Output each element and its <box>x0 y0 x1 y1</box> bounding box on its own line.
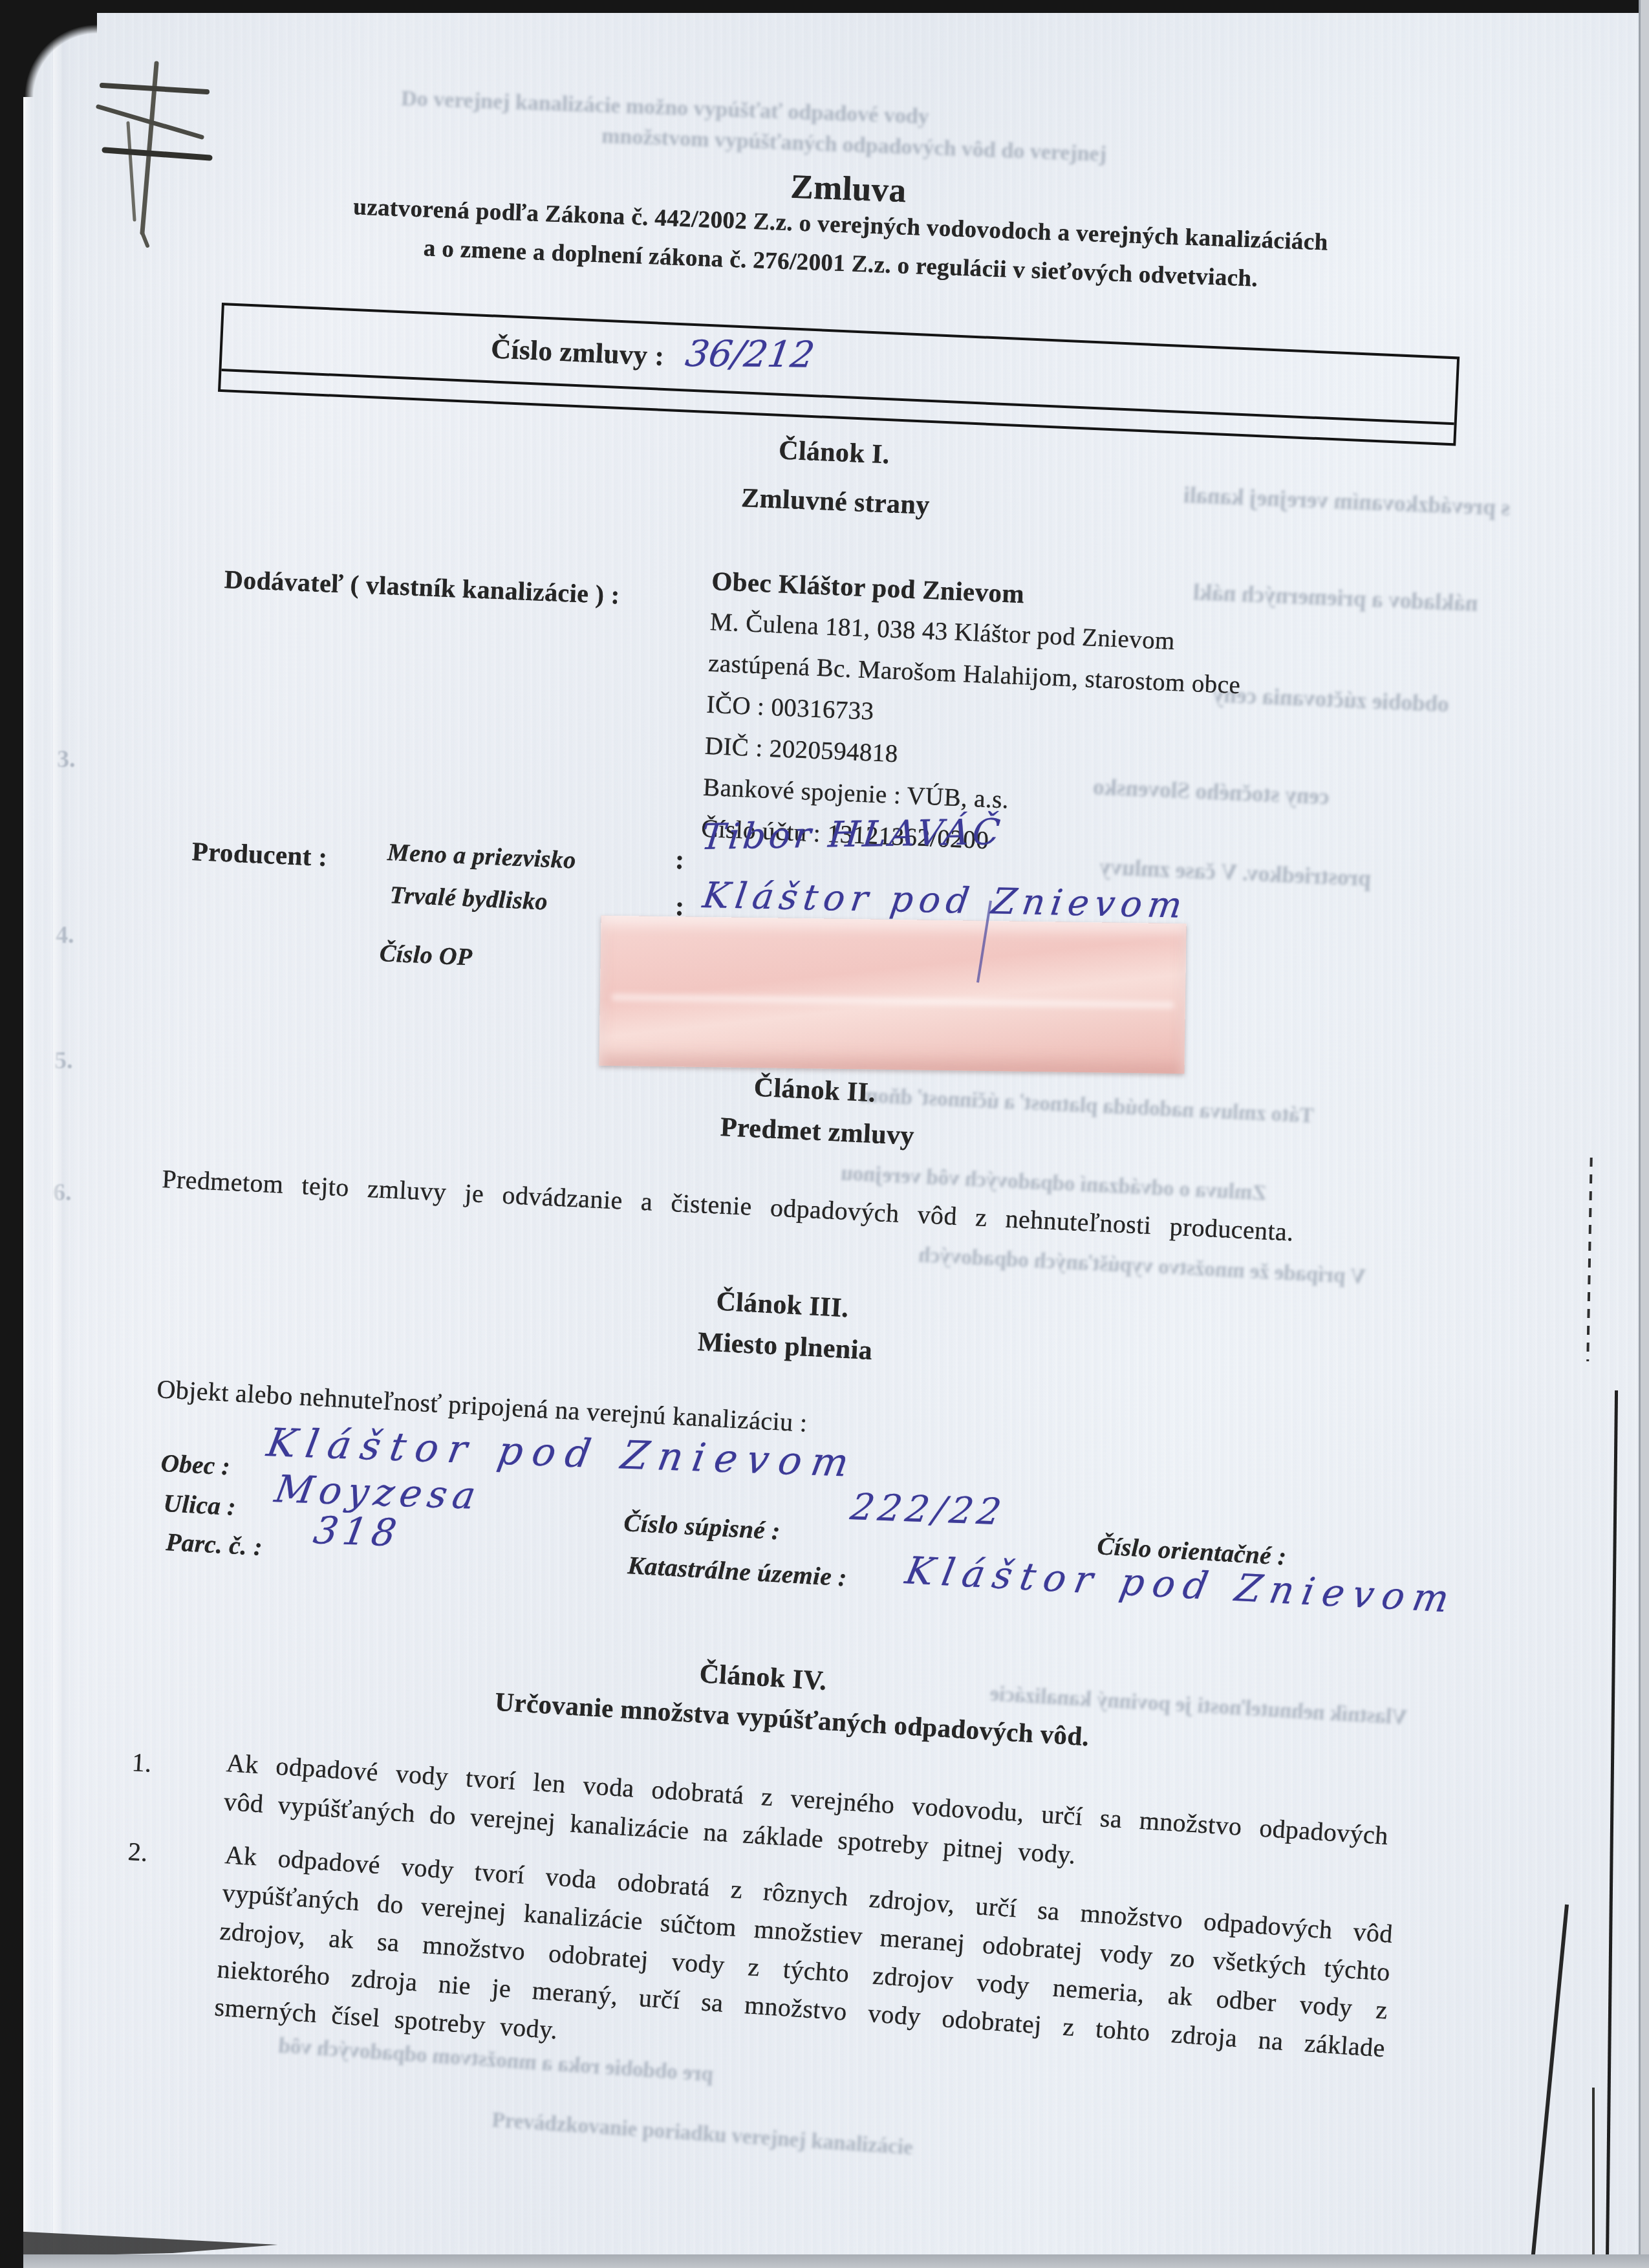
producer-id-label: Číslo OP <box>379 939 473 971</box>
field-parc-label: Parc. č. : <box>166 1528 263 1562</box>
field-obec-label: Obec : <box>160 1449 232 1482</box>
contract-number-label: Číslo zmluvy : <box>490 333 665 373</box>
contract-number-value-handwritten: 36/212 <box>683 333 817 376</box>
scanned-contract-page: { "page": { "title": "Zmluva", "subtitle… <box>0 0 1649 2268</box>
list-item-number: 2. <box>127 1836 149 1868</box>
producer-name-colon: : <box>674 845 685 876</box>
scanner-edge-right <box>1639 0 1649 2268</box>
paper-fold-highlight <box>53 12 72 2268</box>
scanner-edge-bottom <box>23 2254 1649 2268</box>
field-parc-handwritten: 318 <box>310 1508 405 1555</box>
field-supisne-handwritten: 222/22 <box>848 1486 1009 1533</box>
field-ulica-label: Ulica : <box>163 1489 237 1522</box>
pink-sticky-note <box>599 916 1186 1074</box>
producer-name-handwritten: Tibor HLAVÁČ <box>699 811 1005 858</box>
scanner-edge-left <box>0 0 23 2268</box>
pink-note-crease <box>612 994 1174 1008</box>
producer-label: Producent : <box>191 836 329 872</box>
fold-line-artifact <box>1592 2088 1595 2268</box>
scanner-edge-top <box>0 0 1649 13</box>
staple-icon <box>91 39 239 259</box>
scanner-corner <box>0 0 97 97</box>
list-item-number: 1. <box>131 1747 153 1778</box>
paper-edge-highlight <box>23 12 32 2268</box>
